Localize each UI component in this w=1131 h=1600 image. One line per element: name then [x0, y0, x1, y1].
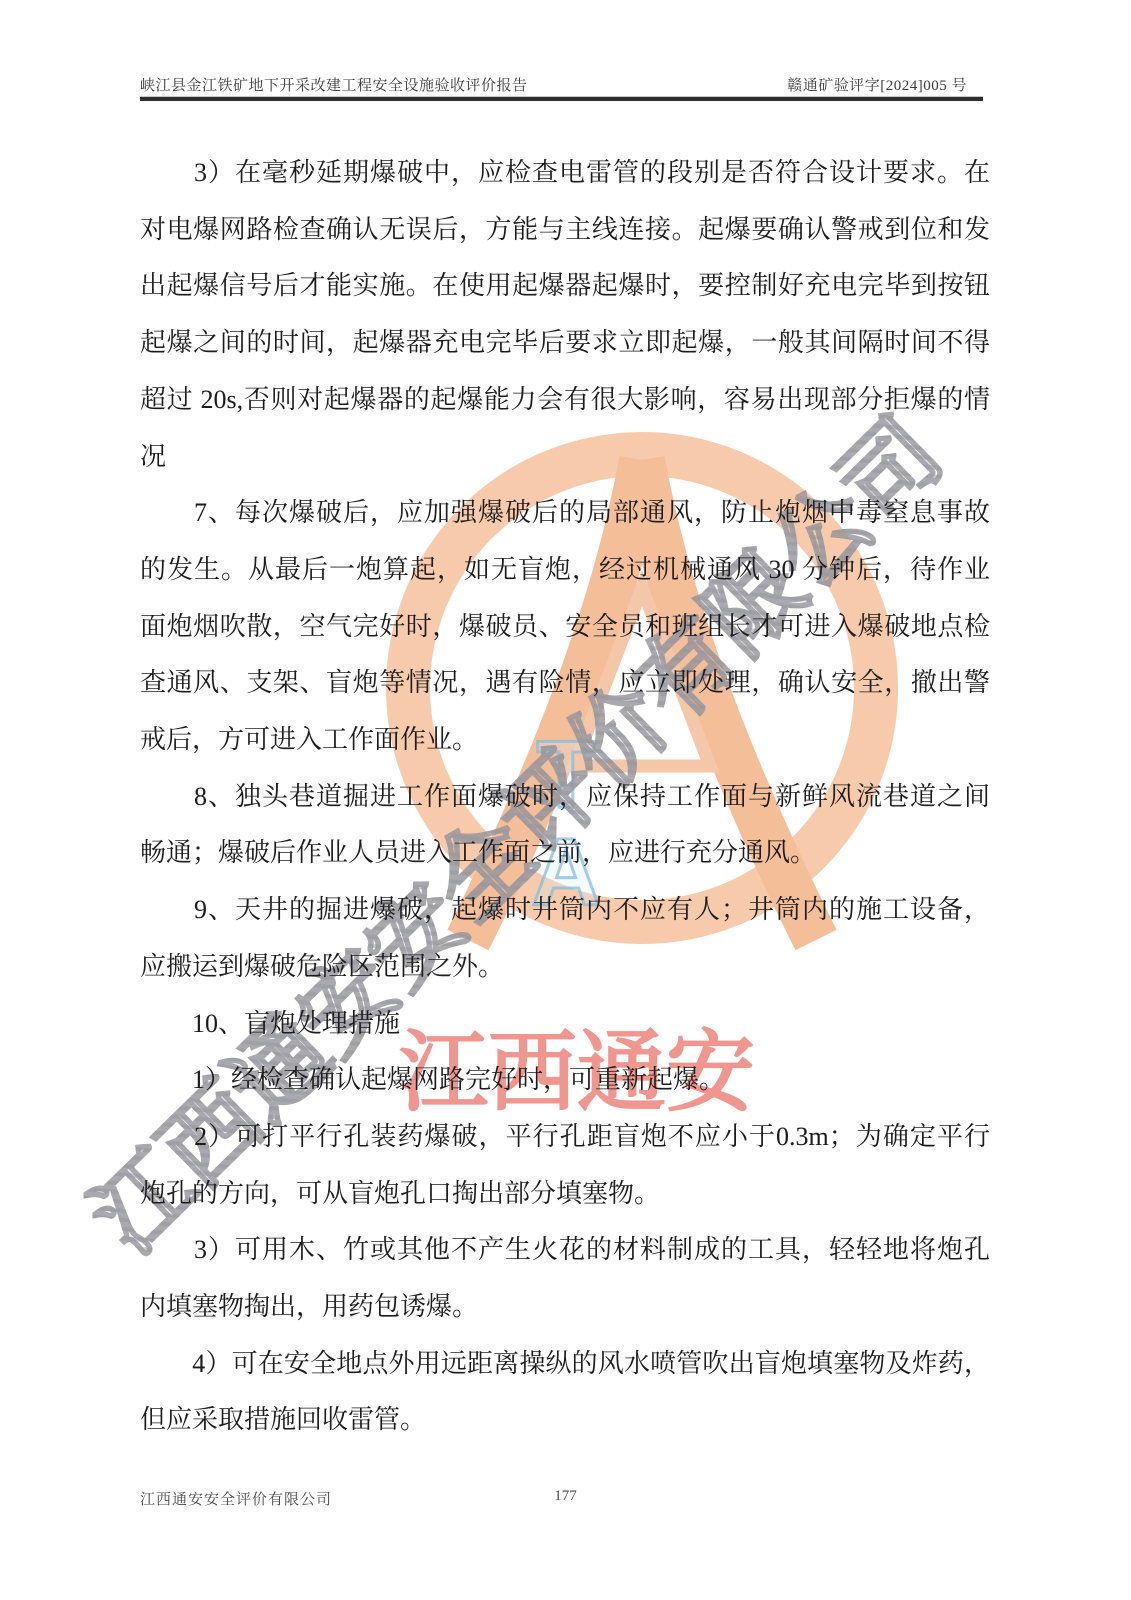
page-header: 峡江县金江铁矿地下开采改建工程安全设施验收评价报告 赣通矿验评字[2024]00…: [140, 74, 989, 95]
body-line: 况: [140, 429, 990, 486]
body-line: 3）在毫秒延期爆破中，应检查电雷管的段别是否符合设计要求。在: [140, 145, 990, 202]
body-line: 戒后，方可进入工作面作业。: [140, 712, 990, 769]
body-text: 3）在毫秒延期爆破中，应检查电雷管的段别是否符合设计要求。在对电爆网路检查确认无…: [140, 145, 990, 1449]
body-line: 应搬运到爆破危险区范围之外。: [140, 939, 990, 996]
body-line: 畅通；爆破后作业人员进入工作面之前，应进行充分通风。: [140, 825, 990, 882]
body-line: 4）可在安全地点外用远距离操纵的风水喷管吹出盲炮填塞物及炸药，: [140, 1336, 990, 1393]
body-line: 7、每次爆破后，应加强爆破后的局部通风，防止炮烟中毒窒息事故: [140, 485, 990, 542]
document-page: T A 江西通安安全评价有限公司 江西通安 峡江县金江铁矿地下开采改建工程安全设…: [0, 0, 1131, 1600]
header-report-title: 峡江县金江铁矿地下开采改建工程安全设施验收评价报告: [140, 74, 528, 95]
body-line: 9、天井的掘进爆破，起爆时井筒内不应有人；井筒内的施工设备，: [140, 882, 990, 939]
body-line: 10、盲炮处理措施: [140, 996, 990, 1053]
body-line: 出起爆信号后才能实施。在使用起爆器起爆时，要控制好充电完毕到按钮: [140, 258, 990, 315]
body-line: 查通风、支架、盲炮等情况，遇有险情，应立即处理，确认安全，撤出警: [140, 655, 990, 712]
header-rule: [140, 96, 983, 101]
body-line: 1）经检查确认起爆网路完好时，可重新起爆。: [140, 1052, 990, 1109]
body-line: 起爆之间的时间，起爆器充电完毕后要求立即起爆，一般其间隔时间不得: [140, 315, 990, 372]
body-line: 炮孔的方向，可从盲炮孔口掏出部分填塞物。: [140, 1166, 990, 1223]
footer-page-number: 177: [0, 1488, 1131, 1505]
body-line: 2）可打平行孔装药爆破，平行孔距盲炮不应小于0.3m；为确定平行: [140, 1109, 990, 1166]
body-line: 3）可用木、竹或其他不产生火花的材料制成的工具，轻轻地将炮孔: [140, 1222, 990, 1279]
body-line: 的发生。从最后一炮算起，如无盲炮，经过机械通风 30 分钟后，待作业: [140, 542, 990, 599]
body-line: 面炮烟吹散，空气完好时，爆破员、安全员和班组长才可进入爆破地点检: [140, 599, 990, 656]
header-document-number: 赣通矿验评字[2024]005 号: [787, 74, 989, 95]
body-line: 对电爆网路检查确认无误后，方能与主线连接。起爆要确认警戒到位和发: [140, 202, 990, 259]
body-line: 超过 20s,否则对起爆器的起爆能力会有很大影响，容易出现部分拒爆的情: [140, 372, 990, 429]
body-line: 但应采取措施回收雷管。: [140, 1392, 990, 1449]
body-line: 内填塞物掏出，用药包诱爆。: [140, 1279, 990, 1336]
body-line: 8、独头巷道掘进工作面爆破时，应保持工作面与新鲜风流巷道之间: [140, 769, 990, 826]
